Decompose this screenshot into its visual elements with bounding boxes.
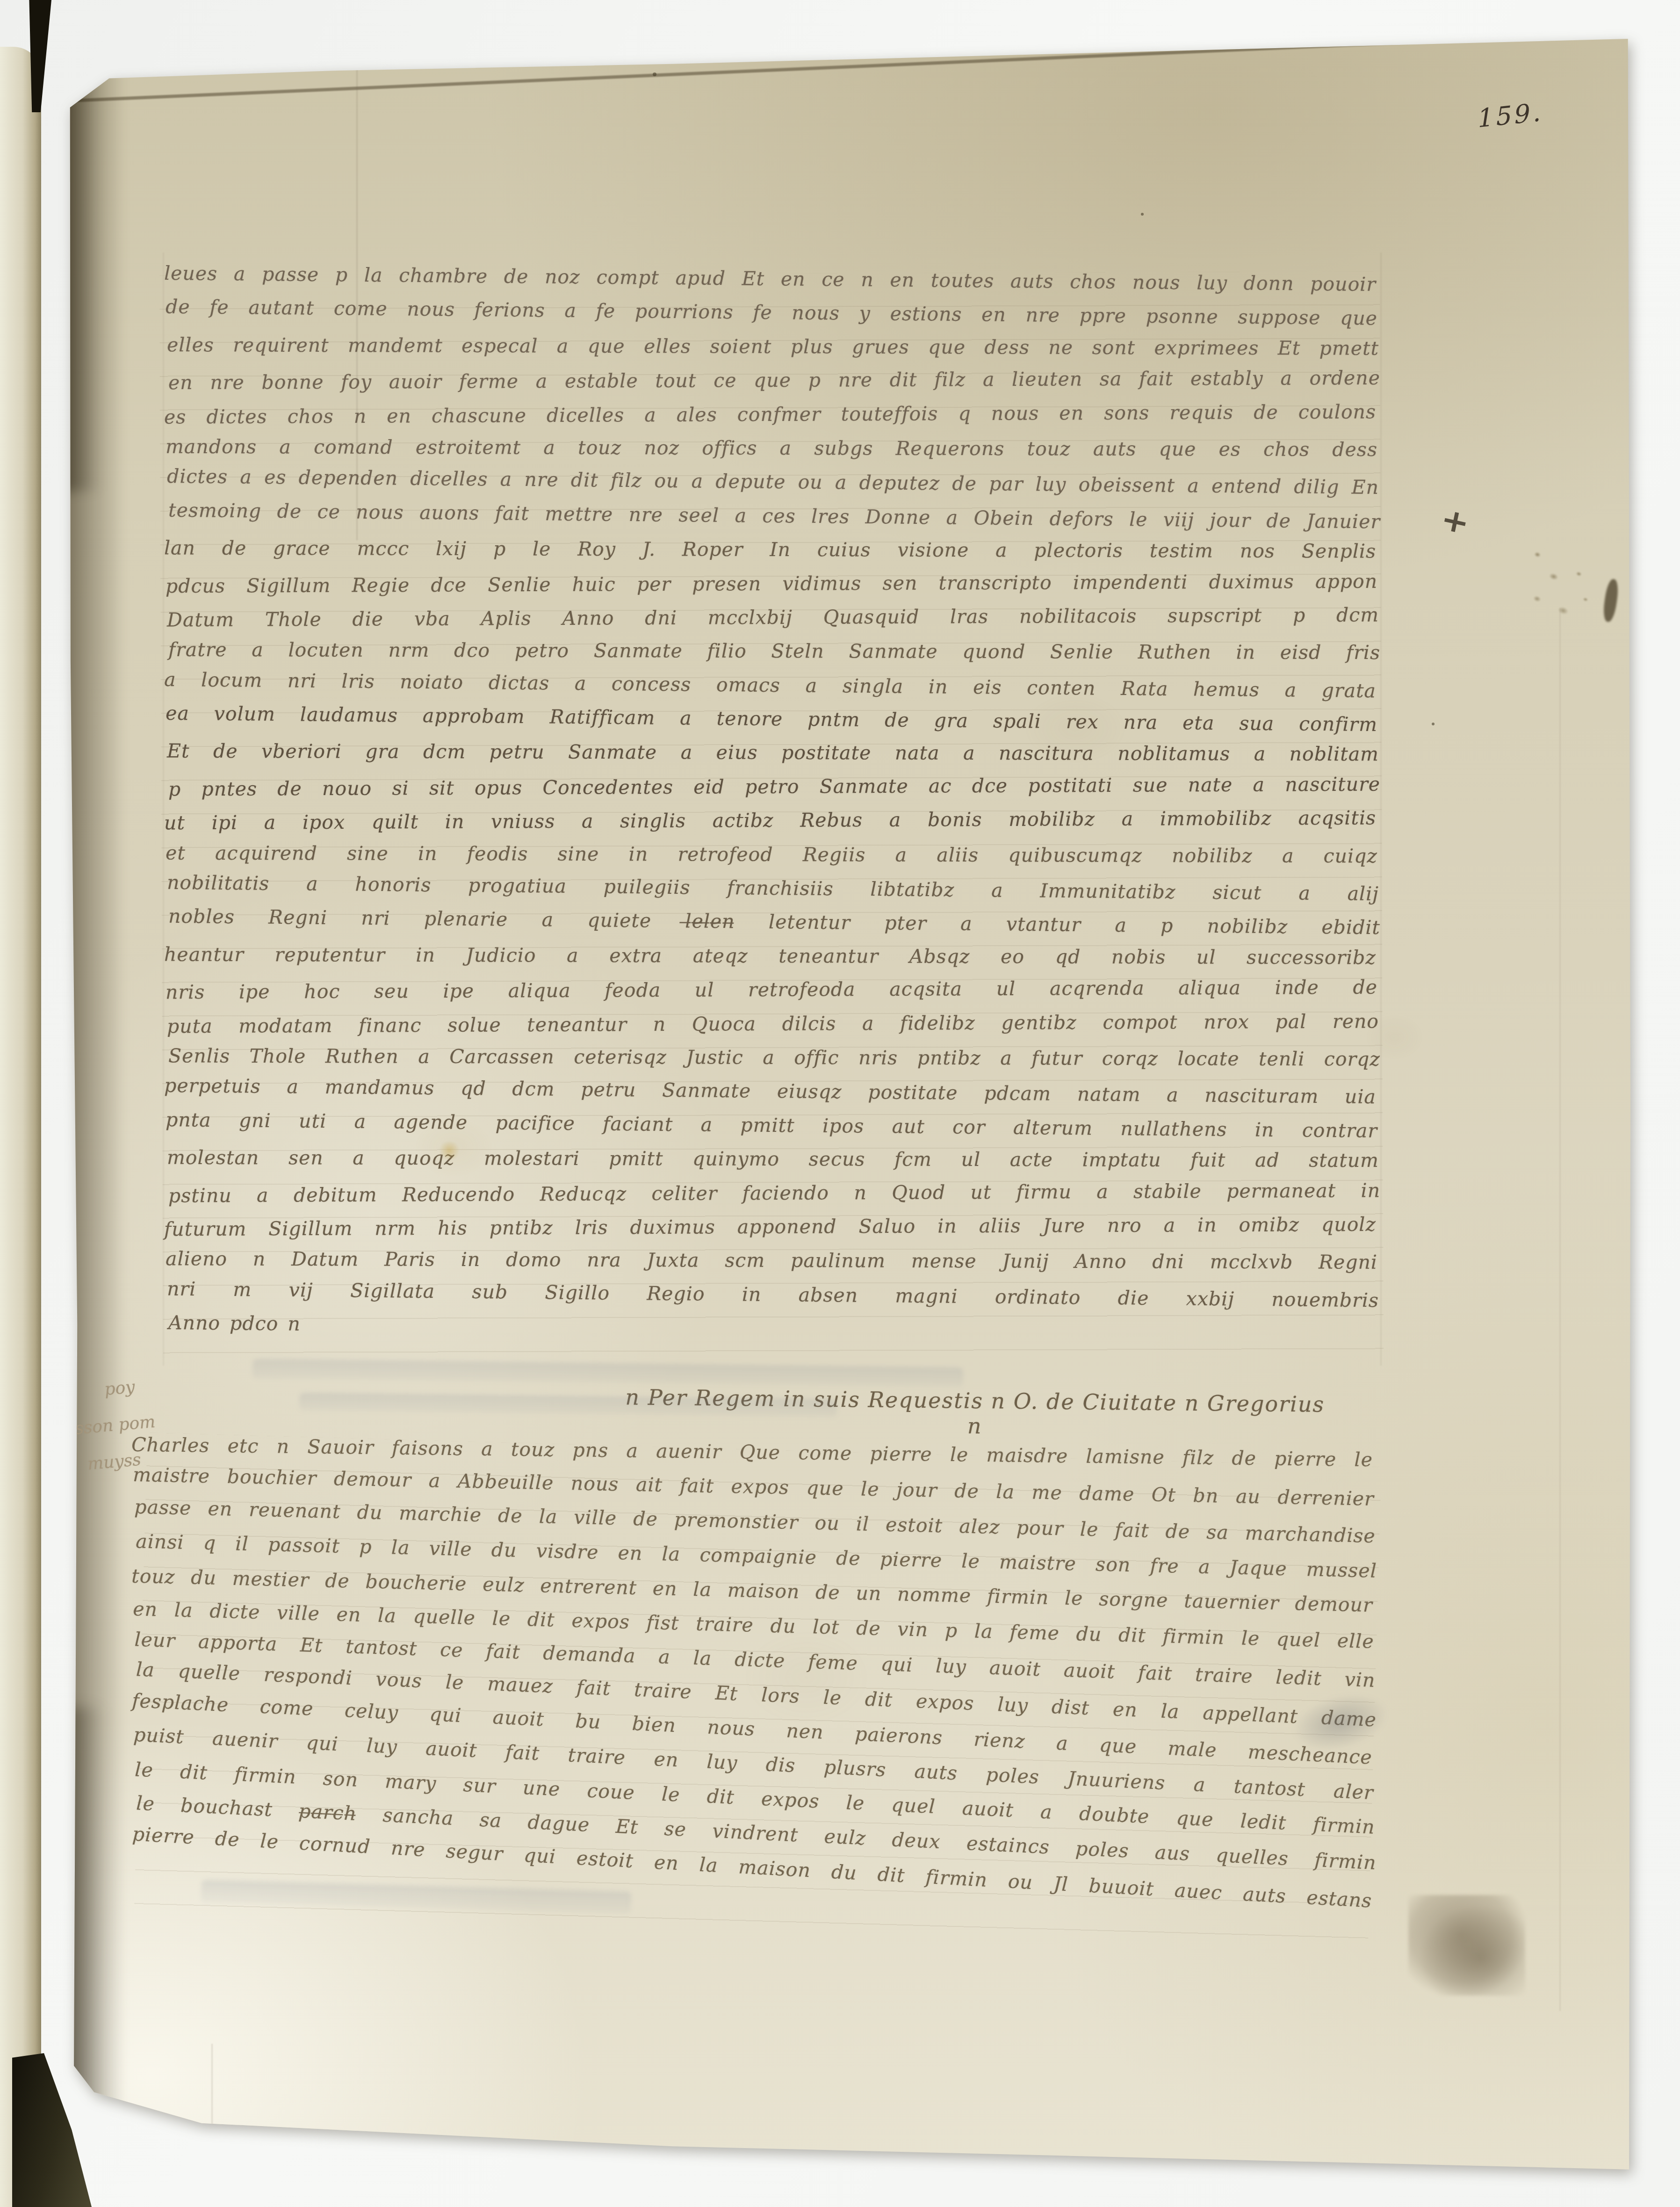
- remission-letter-block: Charles etc n Sauoir faisons a touz pns …: [133, 1435, 1375, 1885]
- text-line: ut ipi a ipox quilt in vniuss a singlis …: [164, 801, 1376, 840]
- gutter-shadow-bottom: [55, 1707, 116, 2128]
- parchment-surface: 159. leues a passe p la chambre de noz c…: [0, 0, 1680, 2207]
- text-line: Datum Thole die vba Aplis Anno dni mcclx…: [167, 598, 1379, 637]
- ink-speck: [1141, 213, 1144, 216]
- text-line: molestan sen a quoqz molestari pmitt qui…: [167, 1141, 1379, 1178]
- crease-vertical-bottom: [211, 2044, 213, 2137]
- text-line: puta modatam financ solue teneantur n Qu…: [167, 1004, 1379, 1043]
- gutter-shadow-top: [55, 70, 111, 491]
- text-line: pdcus Sigillum Regie dce Senlie huic per…: [166, 564, 1377, 603]
- text-line: lan de grace mccc lxij p le Roy J. Roper…: [164, 531, 1376, 568]
- text-line: elles requirent mandemt especal a que el…: [167, 328, 1379, 365]
- ink-smudge-right-margin: [1504, 539, 1613, 642]
- bleedthrough-line: [201, 1880, 632, 1914]
- bleedthrough-line: [252, 1359, 963, 1388]
- text-line: p pntes de nouo si sit opus Concedentes …: [168, 767, 1380, 806]
- text-line: nris ipe hoc seu ipe aliqua feoda ul ret…: [166, 970, 1377, 1009]
- text-line: pstinu a debitum Reducendo Reducqz celit…: [168, 1173, 1380, 1213]
- crease-vertical-right: [1559, 608, 1561, 2011]
- ink-speck: [1432, 723, 1435, 725]
- margin-rule-right: [1380, 253, 1382, 1366]
- manuscript-photo: 159. leues a passe p la chambre de noz c…: [0, 0, 1680, 2207]
- wax-spot: [439, 1141, 460, 1160]
- folio-number: 159.: [1477, 97, 1543, 134]
- text-line: en nre bonne foy auoir ferme a estable t…: [168, 361, 1380, 400]
- text-line: heantur reputentur in Judicio a extra at…: [164, 937, 1376, 974]
- parchment-page: 159. leues a passe p la chambre de noz c…: [0, 0, 1680, 2207]
- charter-text-block: leues a passe p la chambre de noz compt …: [166, 262, 1378, 1346]
- page-top-edge: [70, 31, 1626, 102]
- margin-cross-mark: +: [1438, 500, 1473, 542]
- text-line: futurum Sigillum nrm his pntibz lris dux…: [164, 1208, 1376, 1246]
- text-line: es dictes chos n en chascune dicelles a …: [164, 395, 1376, 434]
- stain-bottom-right: [1408, 1895, 1525, 1996]
- text-line: Et de vberiori gra dcm petru Sanmate a e…: [167, 734, 1379, 771]
- ink-speck: [653, 72, 656, 76]
